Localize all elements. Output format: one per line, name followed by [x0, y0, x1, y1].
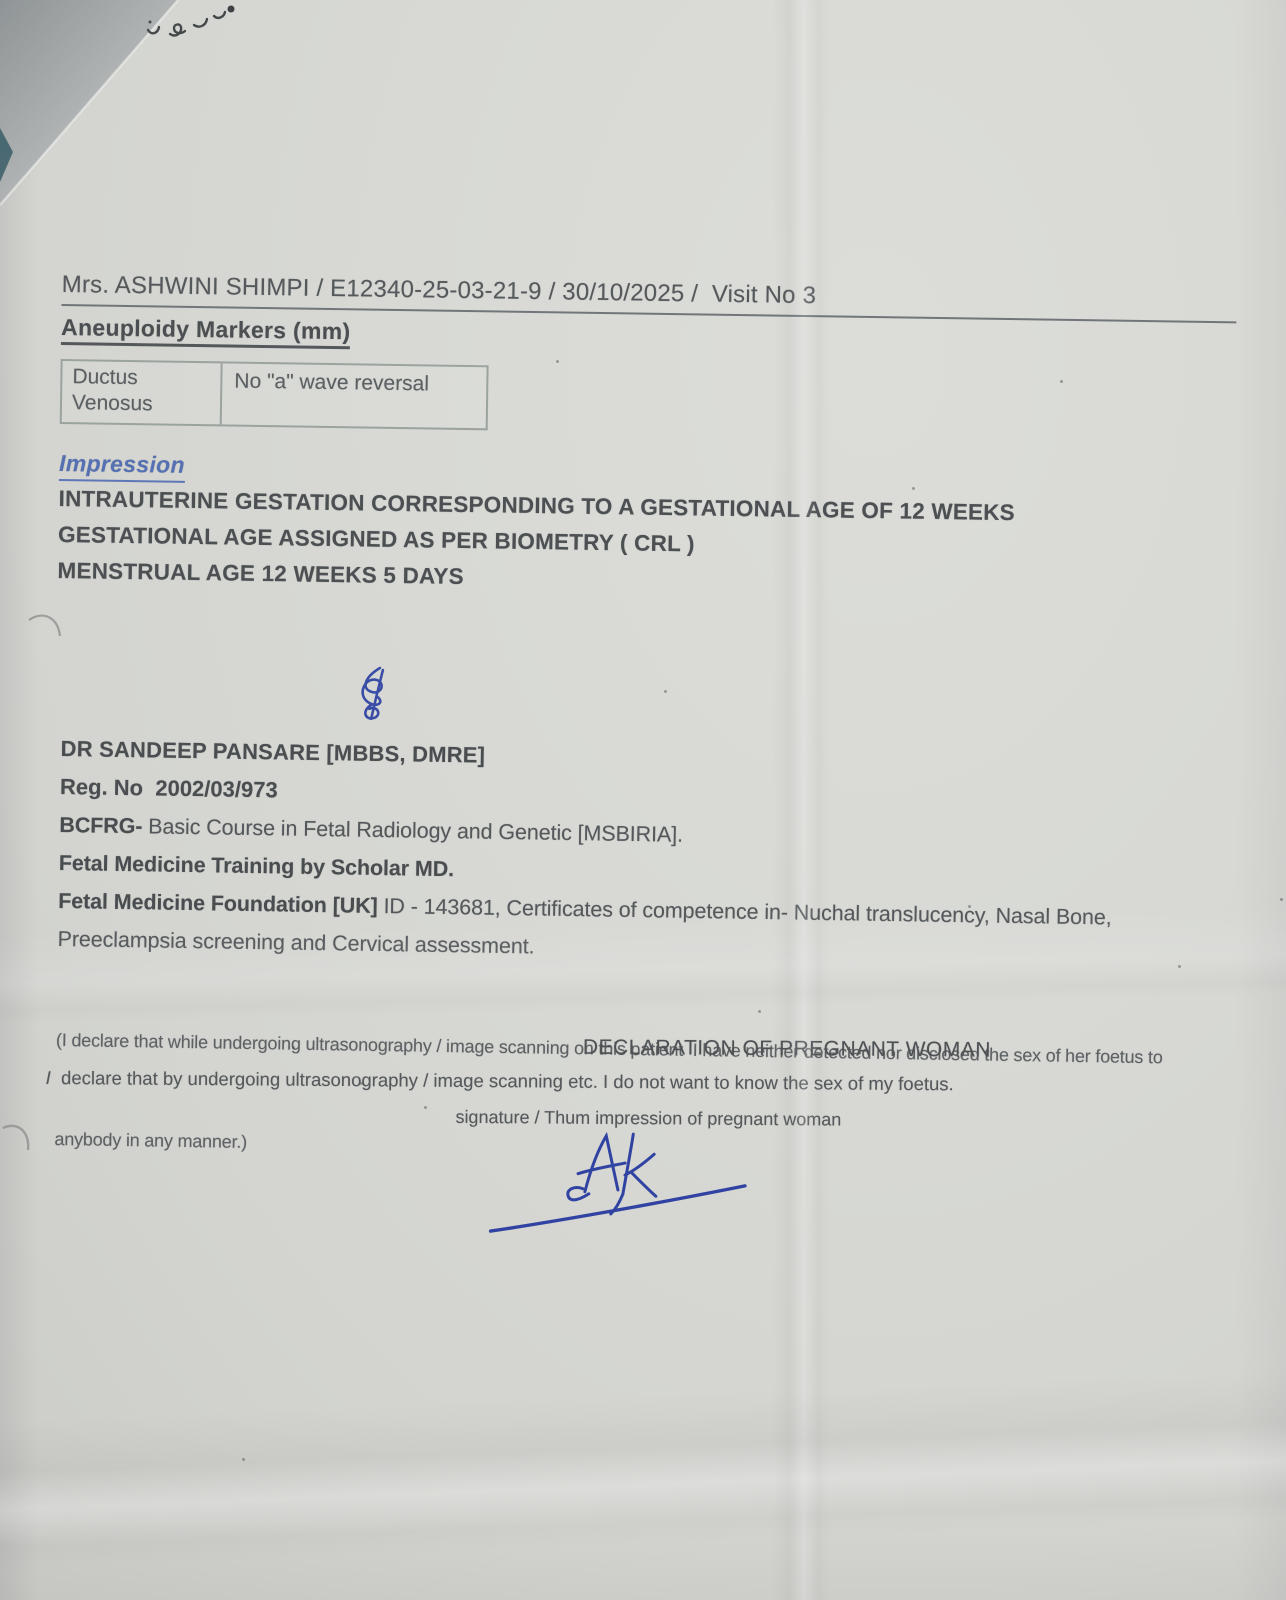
patient-header-line: Mrs. ASHWINI SHIMPI / E12340-25-03-21-9 … — [61, 270, 1236, 323]
impression-heading: Impression — [59, 450, 185, 483]
dust-speck — [242, 1458, 245, 1461]
dust-speck — [1060, 380, 1063, 383]
marker-value-cell: No "a" wave reversal — [222, 363, 487, 428]
dust-speck — [424, 1106, 427, 1109]
dust-speck — [292, 1046, 295, 1049]
dust-speck — [360, 1082, 363, 1085]
crease-arc-mark — [22, 608, 74, 658]
aneuploidy-markers-table: Ductus Venosus No "a" wave reversal — [60, 359, 489, 430]
credential-lead: Fetal Medicine Foundation [UK] — [58, 889, 378, 918]
dust-speck — [758, 1010, 761, 1013]
credential-lead: Fetal Medicine Training by Scholar MD. — [59, 851, 455, 881]
doctor-name: DR SANDEEP PANSARE [MBBS, DMRE] — [60, 736, 1235, 780]
dust-speck — [556, 360, 559, 363]
horizontal-fold-crease — [0, 1370, 1286, 1571]
dust-speck — [1178, 965, 1181, 968]
doctor-credential-line: Fetal Medicine Foundation [UK] ID - 1436… — [58, 888, 1233, 932]
report-header-section: Mrs. ASHWINI SHIMPI / E12340-25-03-21-9 … — [57, 270, 1237, 606]
doctor-credential-line: Fetal Medicine Training by Scholar MD. — [59, 850, 1234, 894]
doctor-credential-line: BCFRG- Basic Course in Fetal Radiology a… — [59, 812, 1234, 856]
dust-speck — [1280, 898, 1283, 901]
crease-arc-mark — [0, 1118, 40, 1172]
credential-lead: BCFRG- — [59, 813, 142, 838]
dust-speck — [664, 690, 667, 693]
statement-rest: declare that by undergoing ultrasonograp… — [51, 1067, 954, 1094]
pen-scribble-mark — [138, 0, 268, 50]
marker-name-cell: Ductus Venosus — [62, 361, 223, 424]
patient-signature-ink — [473, 1127, 784, 1249]
doctor-signature-ink — [349, 665, 396, 724]
declaration-statement: I declare that by undergoing ultrasonogr… — [46, 1066, 1238, 1098]
credential-rest: ID - 143681, Certificates of competence … — [377, 894, 1111, 930]
credential-rest: Basic Course in Fetal Radiology and Gene… — [142, 814, 683, 846]
scanned-report-page: Mrs. ASHWINI SHIMPI / E12340-25-03-21-9 … — [0, 0, 1286, 1600]
aneuploidy-markers-heading: Aneuploidy Markers (mm) — [61, 314, 351, 349]
credential-rest: Preeclampsia screening and Cervical asse… — [57, 927, 534, 958]
doctor-registration: Reg. No 2002/03/973 — [60, 774, 1235, 818]
dust-speck — [912, 487, 915, 490]
dust-speck — [968, 905, 971, 908]
pregnant-woman-declaration-section: DECLARATION OF PREGNANT WOMAN I declare … — [45, 1032, 1238, 1134]
